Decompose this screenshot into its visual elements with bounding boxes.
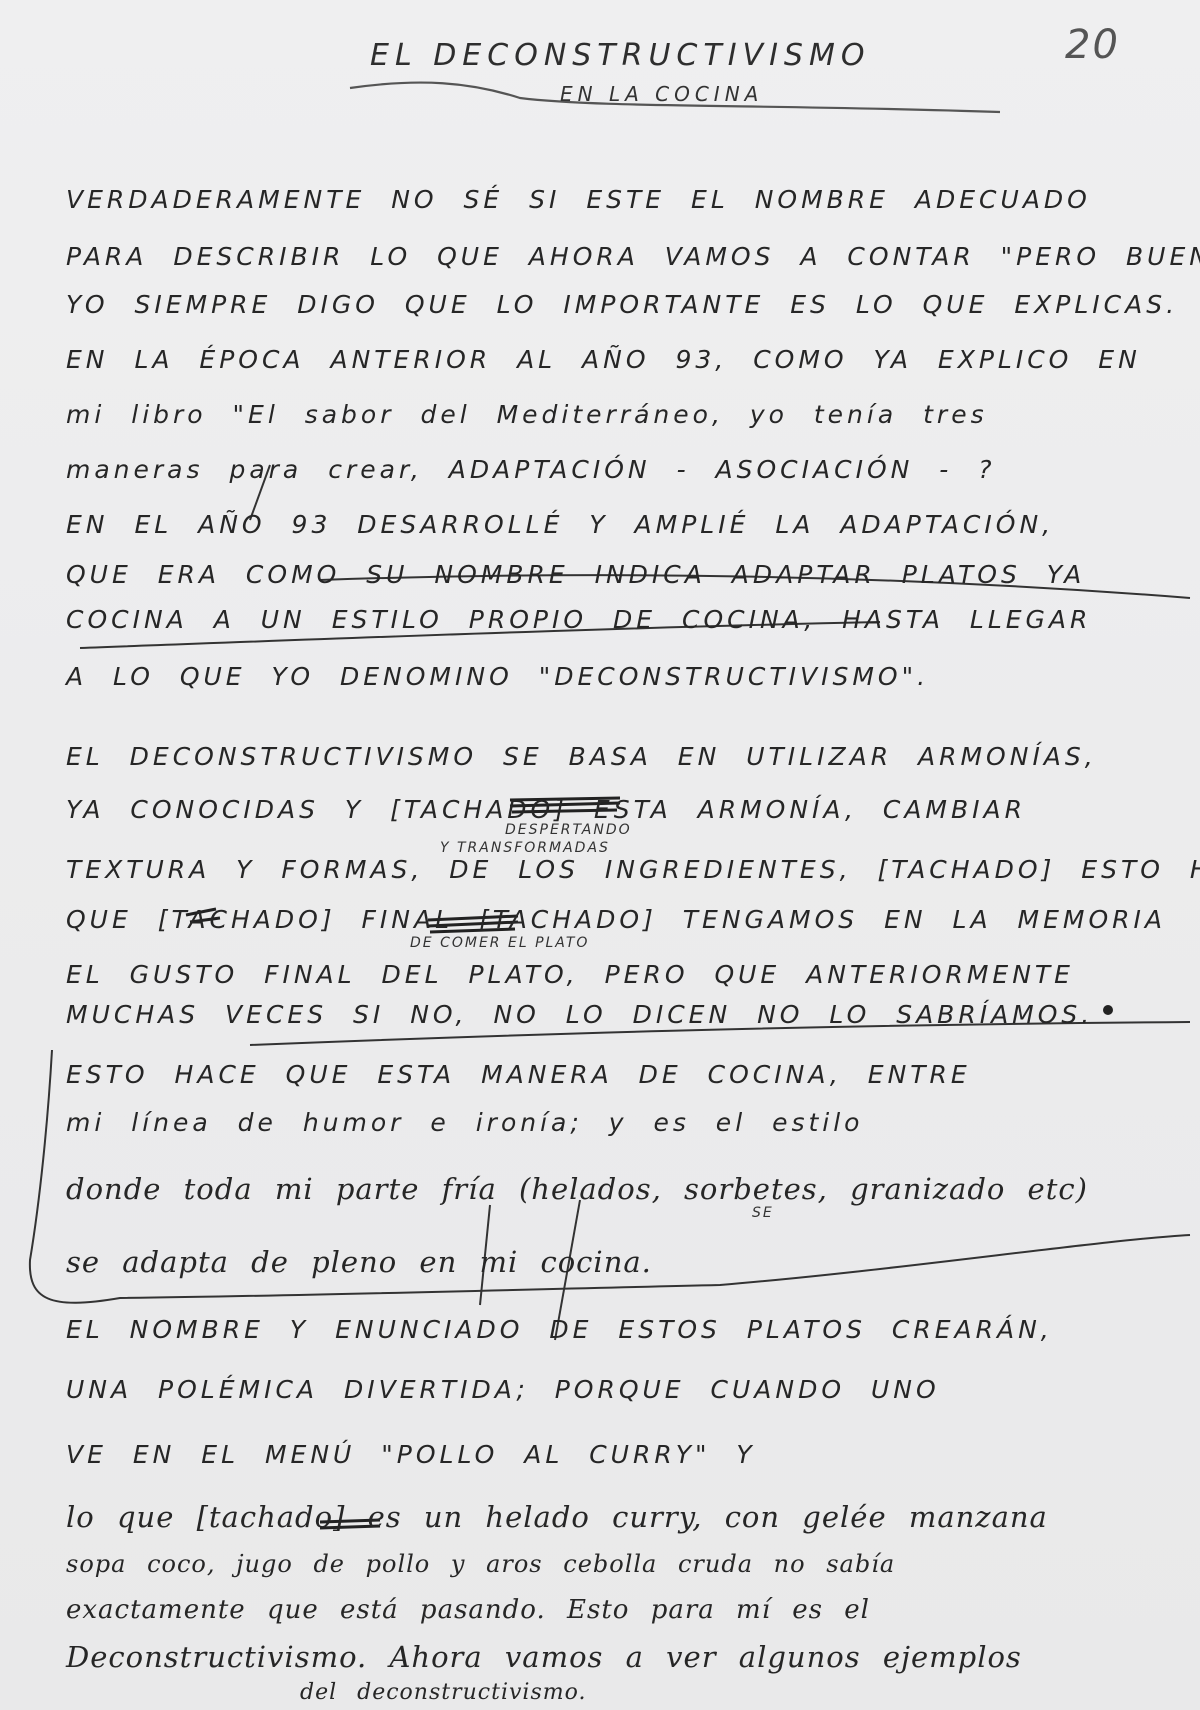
text-line: el gusto final del plato, pero que anter… <box>66 960 1170 989</box>
page-subtitle: en la cocina <box>560 82 763 106</box>
text-line: mi libro "El sabor del Mediterráneo, yo … <box>66 400 1170 429</box>
text-line: sopa coco, jugo de pollo y aros cebolla … <box>66 1550 1170 1578</box>
text-line: textura y formas, de los ingredientes, [… <box>66 855 1170 884</box>
text-line: se adapta de pleno en mi cocina. <box>66 1245 1170 1279</box>
text-line: que era como su nombre indica adaptar pl… <box>66 560 1170 589</box>
insertion-note: y transformadas <box>440 840 610 856</box>
text-line: que [tachado] final [tachado] tengamos e… <box>66 905 1170 934</box>
page-title: El deconstructivismo <box>370 38 870 73</box>
page-number: 20 <box>1065 22 1120 68</box>
text-line: a lo que yo denomino "Deconstructivismo"… <box>66 662 1170 691</box>
text-line: lo que [tachado] es un helado curry, con… <box>66 1500 1170 1534</box>
text-line: Verdaderamente no sé si este el nombre a… <box>66 185 1170 214</box>
insertion-note: despertando <box>505 822 632 838</box>
text-line: mi línea de humor e ironía; y es el esti… <box>66 1108 1170 1137</box>
insertion-note: de comer el plato <box>410 935 589 951</box>
text-line: En la época anterior al año 93, como ya … <box>66 345 1170 374</box>
text-line: cocina a un estilo propio de cocina, has… <box>66 605 1170 634</box>
text-line: muchas veces si no, no lo dicen no lo sa… <box>66 1000 1170 1029</box>
text-line: exactamente que está pasando. Esto para … <box>66 1595 1170 1625</box>
text-line: maneras para crear, ADAPTACIÓN - ASOCIAC… <box>66 455 1170 484</box>
text-line: ya conocidas y [tachado] esta armonía, c… <box>66 795 1170 824</box>
text-line: ve en el menú "Pollo al curry" y <box>66 1440 1170 1469</box>
text-line: El nombre y enunciado de estos platos cr… <box>66 1315 1170 1344</box>
text-line: En el año 93 desarrollé y amplié la ADAP… <box>66 510 1170 539</box>
manuscript-page: El deconstructivismo en la cocina 20 Ver… <box>0 0 1200 1710</box>
text-line: Deconstructivismo. Ahora vamos a ver alg… <box>66 1640 1170 1674</box>
text-line: yo siempre digo que lo importante es lo … <box>66 290 1170 319</box>
text-line: donde toda mi parte fría (helados, sorbe… <box>66 1172 1170 1206</box>
text-line: una polémica divertida; porque cuando un… <box>66 1375 1170 1404</box>
text-line: para describir lo que ahora vamos a cont… <box>66 242 1170 271</box>
text-line: El deconstructivismo se basa en utilizar… <box>66 742 1170 771</box>
text-line: del deconstructivismo. <box>300 1680 1170 1705</box>
insertion-note: se <box>752 1205 774 1221</box>
text-line: Esto hace que esta manera de cocina, ent… <box>66 1060 1170 1089</box>
